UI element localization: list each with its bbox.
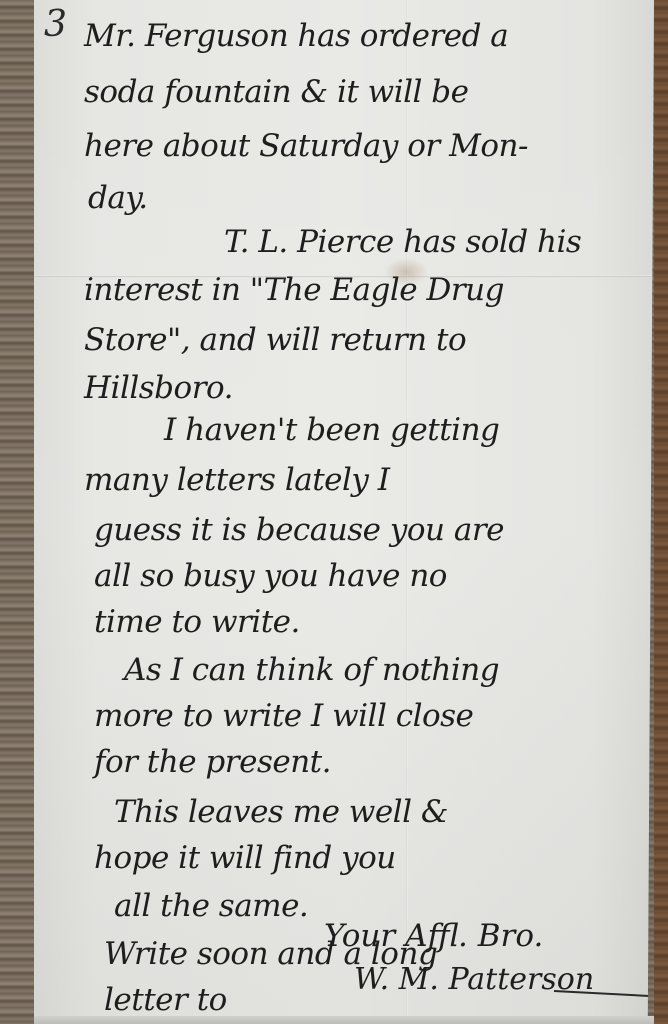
letter-line: for the present. (94, 744, 331, 780)
wood-table-background-left (0, 0, 34, 1024)
letter-line: guess it is because you are (94, 512, 504, 548)
letter-line: hope it will find you (94, 840, 396, 876)
paper-bottom-edge (34, 1016, 654, 1024)
letter-line: all the same. (114, 888, 308, 924)
page-number: 3 (44, 4, 67, 45)
letter-paper: 3 Mr. Ferguson has ordered a soda founta… (34, 0, 654, 1018)
letter-closing: Your Affl. Bro. (324, 918, 543, 954)
letter-line: T. L. Pierce has sold his (224, 224, 581, 260)
letter-line: letter to (104, 982, 227, 1018)
letter-line: Hillsboro. (84, 370, 233, 406)
letter-line: here about Saturday or Mon- (84, 128, 528, 164)
letter-line: many letters lately I (84, 462, 390, 498)
letter-line: As I can think of nothing (124, 652, 499, 688)
letter-line: all so busy you have no (94, 558, 447, 594)
letter-line: This leaves me well & (114, 794, 448, 830)
letter-line: Store", and will return to (84, 322, 466, 358)
letter-line: interest in "The Eagle Drug (84, 272, 504, 308)
letter-line: soda fountain & it will be (84, 74, 469, 110)
letter-line: I haven't been getting (164, 412, 499, 448)
wood-table-background-right (654, 0, 668, 1024)
letter-line: time to write. (94, 604, 300, 640)
letter-line: day. (88, 180, 148, 216)
letter-line: more to write I will close (94, 698, 473, 734)
letter-line: Mr. Ferguson has ordered a (84, 18, 508, 54)
